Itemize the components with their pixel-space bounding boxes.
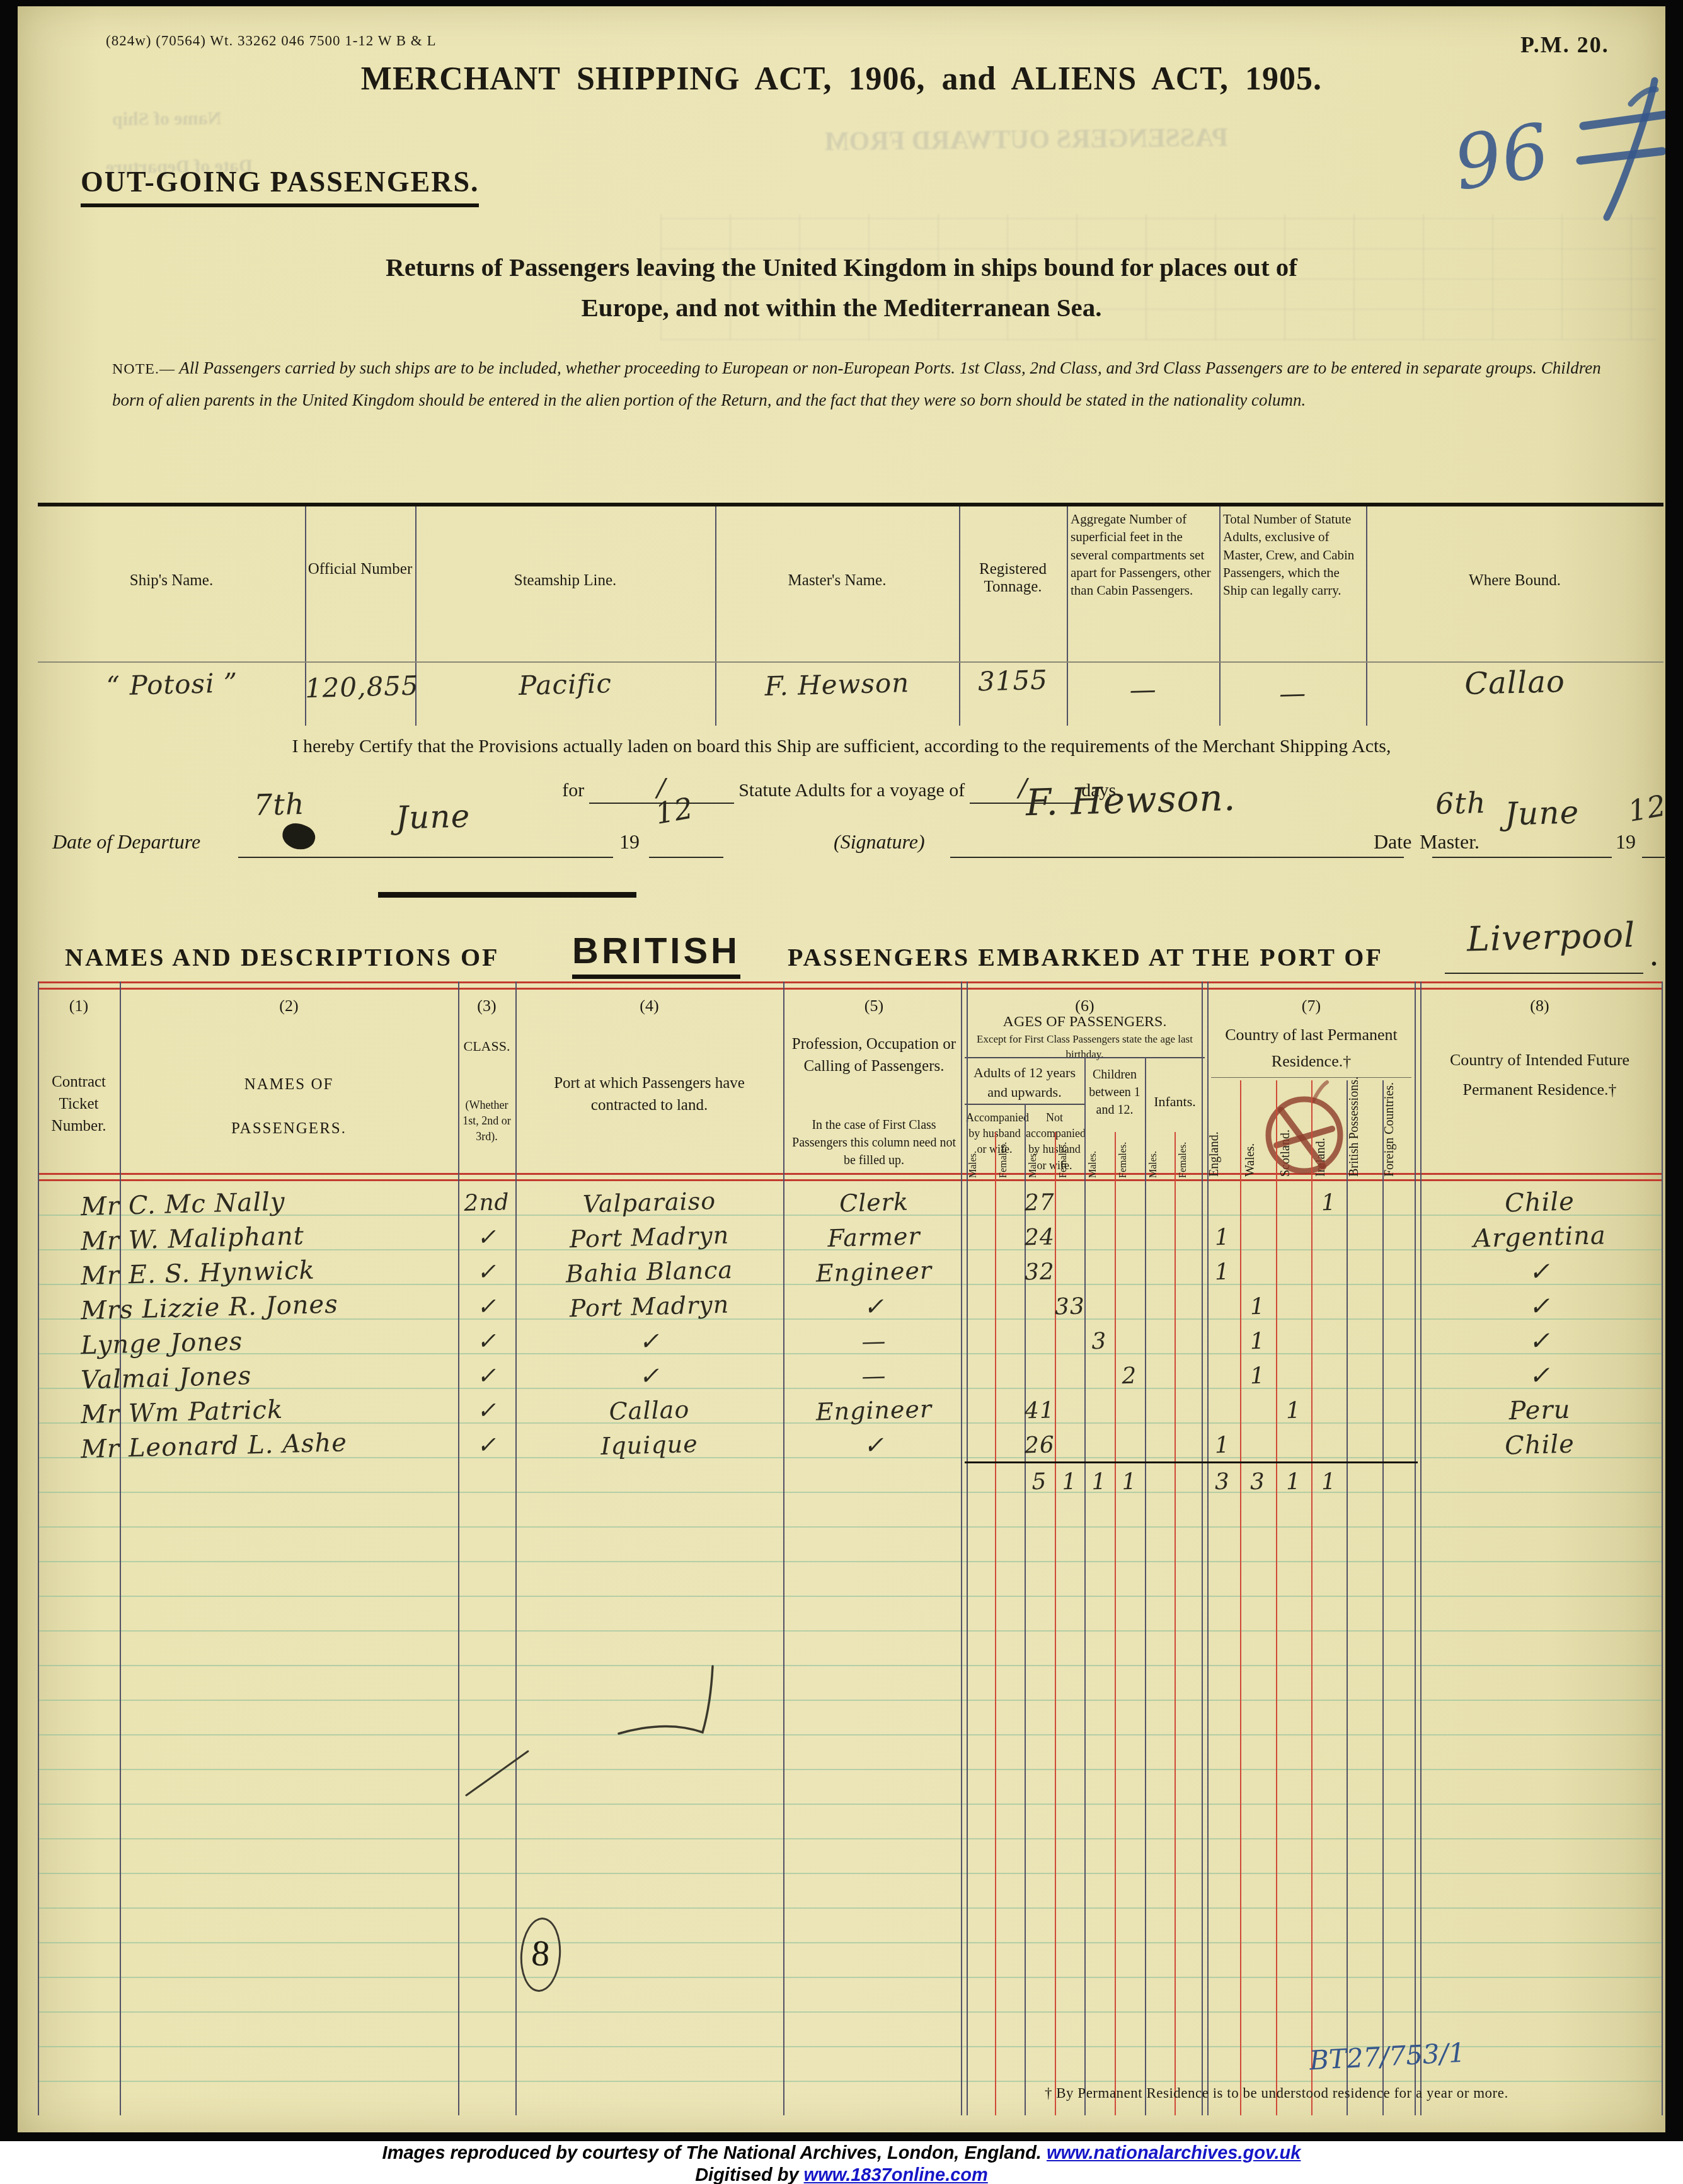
certification-text: I hereby Certify that the Provisions act… bbox=[18, 736, 1665, 757]
masters-name-header: Master's Name. bbox=[715, 572, 959, 590]
column-divider bbox=[458, 981, 459, 2115]
certification-middle: Statute Adults for a voyage of bbox=[738, 780, 965, 801]
port-header: Port at which Passengers have contracted… bbox=[534, 1072, 764, 1116]
passenger-name: Mr Leonard L. Ashe bbox=[80, 1424, 434, 1468]
total-ireland: 1 bbox=[1311, 1464, 1347, 1499]
residence-mark: 1 bbox=[1239, 1324, 1275, 1359]
document-title: MERCHANT SHIPPING ACT, 1906, and ALIENS … bbox=[18, 60, 1665, 98]
departure-date-line bbox=[238, 857, 613, 858]
ink-blot bbox=[279, 820, 318, 854]
image-credit-strip: Images reproduced by courtesy of The Nat… bbox=[0, 2141, 1683, 2184]
foreign-countries-label: Foreign Countries. bbox=[1382, 1062, 1416, 1177]
heavy-rule bbox=[378, 892, 636, 898]
ship-name-header: Ship's Name. bbox=[38, 572, 305, 590]
departure-year-written: 12 bbox=[653, 791, 696, 831]
column-divider-double bbox=[1415, 981, 1422, 2115]
section-heading: OUT-GOING PASSENGERS. bbox=[81, 165, 479, 207]
passenger-class: ✓ bbox=[457, 1427, 515, 1463]
males-label: Males. bbox=[1088, 1129, 1111, 1178]
totals-rule bbox=[965, 1461, 1418, 1463]
subtitle-line2: Europe, and not within the Mediterranean… bbox=[581, 293, 1101, 322]
signature-line bbox=[950, 857, 1404, 858]
total-females: 1 bbox=[1054, 1464, 1084, 1499]
column-number-5: (5) bbox=[783, 997, 965, 1015]
column-number-4: (4) bbox=[515, 997, 783, 1015]
statute-adults-value: — bbox=[1219, 676, 1366, 711]
masters-name-value: F. Hewson bbox=[715, 666, 959, 703]
official-number-header: Official Number bbox=[305, 561, 415, 578]
females-label: Females. bbox=[1178, 1129, 1202, 1178]
females-label: Females. bbox=[1118, 1129, 1142, 1178]
master-signature: F. Hewson. bbox=[1025, 776, 1236, 825]
intended-country: ✓ bbox=[1417, 1321, 1662, 1362]
age-value: 27 bbox=[1024, 1185, 1054, 1220]
passenger-class: ✓ bbox=[457, 1289, 515, 1325]
column-divider bbox=[783, 981, 784, 2115]
ship-name-value: “ Potosi ” bbox=[55, 666, 289, 703]
ages-header: AGES OF PASSENGERS. bbox=[965, 1012, 1205, 1033]
date-month: June bbox=[1504, 794, 1580, 832]
females-label: Females. bbox=[1058, 1129, 1082, 1178]
departure-year-line bbox=[649, 857, 723, 858]
passenger-row: Mr W. Maliphant ✓ Port Madryn Farmer 24 … bbox=[38, 1220, 1662, 1255]
passenger-row: Valmai Jones ✓ ✓ — 2 1 ✓ bbox=[38, 1359, 1662, 1393]
total-males: 5 bbox=[1024, 1464, 1054, 1499]
note-text: All Passengers carried by such ships are… bbox=[112, 358, 1601, 409]
passenger-class: 2nd bbox=[457, 1185, 515, 1221]
age-value: 3 bbox=[1084, 1324, 1114, 1359]
statute-adults-header: Total Number of Statute Adults, exclusiv… bbox=[1223, 510, 1362, 600]
national-archives-link[interactable]: www.nationalarchives.gov.uk bbox=[1047, 2143, 1301, 2163]
superficial-feet-header: Aggregate Number of superficial feet in … bbox=[1071, 510, 1215, 600]
steamship-line-header: Steamship Line. bbox=[415, 572, 715, 590]
names-header-line1: NAMES OF bbox=[244, 1076, 334, 1093]
signature-label: (Signature) bbox=[834, 830, 925, 854]
date-line bbox=[1432, 857, 1612, 858]
passenger-row: Lynge Jones ✓ ✓ — 3 1 ✓ bbox=[38, 1324, 1662, 1359]
total-england: 3 bbox=[1204, 1464, 1240, 1499]
column-number-1: (1) bbox=[38, 997, 120, 1015]
embark-prefix: NAMES AND DESCRIPTIONS OF bbox=[65, 942, 500, 972]
steamship-line-value: Pacific bbox=[415, 665, 715, 704]
total-boy-children: 1 bbox=[1084, 1464, 1114, 1499]
passenger-class: ✓ bbox=[457, 1324, 515, 1359]
profession-note: In the case of First Class Passengers th… bbox=[791, 1116, 957, 1169]
embark-port: Liverpool bbox=[1466, 915, 1636, 959]
column-number-2: (2) bbox=[120, 997, 458, 1015]
for-label: for bbox=[562, 780, 584, 801]
class-subheader: (Whether 1st, 2nd or 3rd). bbox=[459, 1097, 514, 1145]
superficial-feet-value: — bbox=[1066, 672, 1219, 707]
master-label: Master. bbox=[1420, 830, 1479, 854]
form-subtitle: Returns of Passengers leaving the United… bbox=[18, 247, 1665, 328]
children-header: Children between 1 and 12. bbox=[1086, 1066, 1144, 1119]
date-year-line bbox=[1642, 857, 1665, 858]
official-number-value: 120,855 bbox=[304, 670, 415, 704]
passenger-row: Mr Leonard L. Ashe ✓ Iquique ✓ 26 1 Chil… bbox=[38, 1428, 1662, 1463]
passenger-profession: Engineer bbox=[783, 1252, 965, 1292]
passenger-port: Iquique bbox=[515, 1424, 783, 1466]
age-value: 41 bbox=[1024, 1393, 1054, 1428]
totals-row: 5 1 1 1 3 3 1 1 bbox=[38, 1465, 1662, 1499]
names-header: NAMES OF PASSENGERS. bbox=[120, 1073, 458, 1140]
form-page: PASSENGERS OUTWARD FROM Name of Ship Dat… bbox=[18, 6, 1665, 2132]
age-value: 24 bbox=[1024, 1220, 1054, 1255]
stray-pen-marks bbox=[452, 1644, 736, 1821]
age-value: 33 bbox=[1054, 1289, 1084, 1324]
england-label: England. bbox=[1207, 1062, 1238, 1177]
intended-country: Chile bbox=[1417, 1425, 1662, 1466]
intended-country: Peru bbox=[1417, 1390, 1662, 1431]
where-bound-value: Callao bbox=[1365, 661, 1663, 704]
passenger-profession: — bbox=[783, 1356, 965, 1396]
total-scotland: 1 bbox=[1275, 1464, 1311, 1499]
printer-code: (824w) (70564) Wt. 33262 046 7500 1-12 W… bbox=[106, 33, 437, 49]
date-label: Date bbox=[1374, 830, 1411, 854]
residence-mark: 1 bbox=[1204, 1427, 1240, 1463]
column-number-7: (7) bbox=[1205, 997, 1418, 1015]
passenger-profession: ✓ bbox=[783, 1426, 965, 1465]
females-label: Females. bbox=[998, 1129, 1022, 1178]
nationality-heading: BRITISH bbox=[572, 930, 740, 979]
table-border bbox=[1662, 981, 1663, 2115]
departure-day: 7th bbox=[253, 787, 305, 822]
passenger-row: Mr Wm Patrick ✓ Callao Engineer 41 1 Per… bbox=[38, 1393, 1662, 1428]
table-border bbox=[38, 981, 39, 2115]
passenger-class: ✓ bbox=[457, 1220, 515, 1255]
passenger-profession: — bbox=[783, 1322, 965, 1361]
date-year-printed: 19 bbox=[1616, 830, 1636, 854]
column-divider-double bbox=[1202, 981, 1209, 2115]
subtitle-line1: Returns of Passengers leaving the United… bbox=[386, 253, 1297, 282]
date-day: 6th bbox=[1435, 786, 1486, 821]
date-year-written: 12 bbox=[1626, 788, 1665, 828]
passenger-class: ✓ bbox=[457, 1254, 515, 1290]
infants-header: Infants. bbox=[1145, 1092, 1205, 1112]
bleed-through-text: PASSENGERS OUTWARD FROM bbox=[824, 123, 1228, 157]
departure-month: June bbox=[395, 798, 471, 836]
embark-middle: PASSENGERS EMBARKED AT THE PORT OF bbox=[788, 942, 1383, 972]
passenger-profession: Clerk bbox=[783, 1183, 965, 1223]
males-label: Males. bbox=[968, 1129, 992, 1178]
blue-ink-number: 96 bbox=[1448, 106, 1555, 207]
digitised-by-text: Digitised by bbox=[695, 2165, 798, 2184]
scanned-document: PASSENGERS OUTWARD FROM Name of Ship Dat… bbox=[0, 0, 1683, 2184]
residence-mark: 1 bbox=[1275, 1393, 1311, 1428]
bleed-through-text: Name of Ship bbox=[112, 108, 222, 130]
port-line bbox=[1445, 973, 1643, 974]
intended-country: Argentina bbox=[1417, 1217, 1662, 1258]
names-header-line2: PASSENGERS. bbox=[231, 1120, 347, 1137]
passenger-profession: Engineer bbox=[783, 1391, 965, 1431]
departure-year-printed: 19 bbox=[619, 830, 640, 854]
passenger-profession: Farmer bbox=[783, 1218, 965, 1257]
age-value: 2 bbox=[1114, 1358, 1144, 1393]
red-cross-stamp bbox=[1253, 1077, 1360, 1197]
intended-residence-header: Country of Intended Future Permanent Res… bbox=[1418, 1046, 1662, 1105]
total-wales: 3 bbox=[1239, 1464, 1275, 1499]
intended-country: Chile bbox=[1417, 1182, 1662, 1223]
males-label: Males. bbox=[1028, 1129, 1052, 1178]
passenger-row: Mrs Lizzie R. Jones ✓ Port Madryn ✓ 33 1… bbox=[38, 1289, 1662, 1324]
age-value: 26 bbox=[1024, 1427, 1054, 1463]
column-divider-double bbox=[961, 981, 968, 2115]
age-value: 32 bbox=[1024, 1254, 1054, 1289]
registered-tonnage-value: 3155 bbox=[958, 664, 1067, 697]
registered-tonnage-header: Registered Tonnage. bbox=[959, 561, 1067, 596]
contract-ticket-header: Contract Ticket Number. bbox=[38, 1071, 120, 1137]
profession-header: Profession, Occupation or Calling of Pas… bbox=[791, 1033, 957, 1077]
column-number-8: (8) bbox=[1418, 997, 1662, 1015]
passenger-class: ✓ bbox=[457, 1358, 515, 1394]
column-divider bbox=[515, 981, 517, 2115]
permanent-residence-footnote: † By Permanent Residence is to be unders… bbox=[1045, 2085, 1508, 2101]
residence-mark: 1 bbox=[1239, 1289, 1275, 1324]
intended-country: ✓ bbox=[1417, 1286, 1662, 1327]
residence-mark: 1 bbox=[1311, 1185, 1347, 1220]
class-header: CLASS. bbox=[458, 1037, 515, 1056]
total-girl-children: 1 bbox=[1114, 1464, 1144, 1499]
note-label: NOTE.— bbox=[112, 361, 175, 377]
1837online-link[interactable]: www.1837online.com bbox=[804, 2165, 988, 2184]
adults-header: Adults of 12 years and upwards. bbox=[965, 1063, 1084, 1102]
residence-mark: 1 bbox=[1204, 1220, 1240, 1255]
embark-period: . bbox=[1651, 942, 1657, 972]
date-of-departure-label: Date of Departure bbox=[52, 830, 200, 854]
note-paragraph: NOTE.— All Passengers carried by such sh… bbox=[112, 353, 1612, 416]
residence-mark: 1 bbox=[1239, 1358, 1275, 1393]
intended-country: ✓ bbox=[1417, 1252, 1662, 1293]
ship-table-header-underline bbox=[38, 661, 1663, 663]
form-number: P.M. 20. bbox=[1520, 31, 1609, 58]
ship-table-top-rule bbox=[38, 503, 1663, 506]
passenger-row: Mr C. Mc Nally 2nd Valparaiso Clerk 27 1… bbox=[38, 1186, 1662, 1220]
males-label: Males. bbox=[1148, 1129, 1172, 1178]
column-number-3: (3) bbox=[458, 997, 515, 1015]
where-bound-header: Where Bound. bbox=[1366, 572, 1663, 590]
passenger-row: Mr E. S. Hynwick ✓ Bahia Blanca Engineer… bbox=[38, 1255, 1662, 1289]
residence-mark: 1 bbox=[1204, 1254, 1240, 1289]
column-divider bbox=[120, 981, 121, 2115]
blue-ink-cross-mark bbox=[1555, 69, 1665, 227]
passenger-profession: ✓ bbox=[783, 1287, 965, 1327]
passenger-class: ✓ bbox=[457, 1393, 515, 1429]
intended-country: ✓ bbox=[1417, 1356, 1662, 1397]
credit-text: Images reproduced by courtesy of The Nat… bbox=[382, 2143, 1042, 2163]
